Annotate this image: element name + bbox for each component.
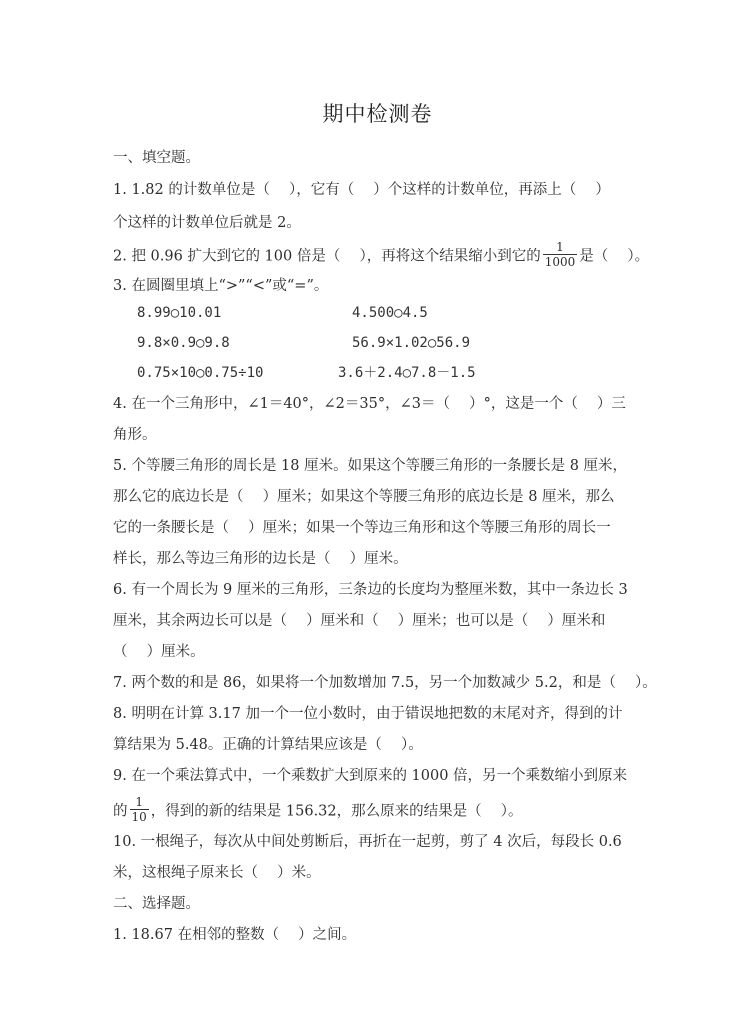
choice-question-1: 1. 18.67 在相邻的整数（ ）之间。 bbox=[113, 925, 356, 945]
question-2: 2. 把 0.96 扩大到它的 100 倍是（ ），再将这个结果缩小到它的110… bbox=[113, 242, 649, 271]
question-5-line-4: 样长，那么等边三角形的边长是（ ）厘米。 bbox=[113, 549, 408, 569]
question-2-before: 2. 把 0.96 扩大到它的 100 倍是（ ），再将这个结果缩小到它的 bbox=[113, 249, 541, 265]
question-1-line-1: 1. 1.82 的计数单位是（ ），它有（ ）个这样的计数单位，再添上（ ） bbox=[113, 180, 610, 200]
section-heading-fill-in: 一、填空题。 bbox=[113, 148, 200, 168]
exam-page: 期中检测卷 一、填空题。 1. 1.82 的计数单位是（ ），它有（ ）个这样的… bbox=[0, 0, 755, 1024]
question-4-line-1: 4. 在一个三角形中，∠1＝40°，∠2＝35°，∠3＝（ ）°，这是一个（ ）… bbox=[113, 394, 626, 414]
question-6-line-2: 厘米，其余两边长可以是（ ）厘米和（ ）厘米；也可以是（ ）厘米和 bbox=[113, 611, 605, 631]
question-1-line-2: 个这样的计数单位后就是 2。 bbox=[113, 213, 301, 233]
compare-item-5: 0.75×10○0.75÷10 bbox=[137, 363, 263, 383]
question-8-line-1: 8. 明明在计算 3.17 加一个一位小数时，由于错误地把数的末尾对齐，得到的计 bbox=[113, 704, 622, 724]
fraction-1-10: 110 bbox=[130, 795, 149, 824]
question-10-line-2: 米，这根绳子原来长（ ）米。 bbox=[113, 863, 321, 883]
question-6-line-3: （ ）厘米。 bbox=[113, 642, 205, 662]
question-4-line-2: 角形。 bbox=[113, 425, 157, 445]
compare-item-2: 4.500○4.5 bbox=[352, 303, 428, 323]
compare-item-1: 8.99○10.01 bbox=[137, 303, 221, 323]
question-8-line-2: 算结果为 5.48。正确的计算结果应该是（ ）。 bbox=[113, 735, 423, 755]
compare-item-4: 56.9×1.02○56.9 bbox=[352, 333, 470, 353]
question-2-after: 是（ ）。 bbox=[579, 249, 649, 265]
question-7: 7. 两个数的和是 86，如果将一个加数增加 7.5，另一个加数减少 5.2，和… bbox=[113, 673, 657, 693]
question-5-line-1: 5. 个等腰三角形的周长是 18 厘米。如果这个等腰三角形的一条腰长是 8 厘米… bbox=[113, 456, 627, 476]
page-title: 期中检测卷 bbox=[0, 98, 755, 128]
fraction-1-1000: 11000 bbox=[543, 240, 578, 269]
question-9-line-2: 的110，得到的新的结果是 156.32，那么原来的结果是（ ）。 bbox=[113, 797, 522, 826]
question-5-line-3: 它的一条腰长是（ ）厘米；如果一个等边三角形和这个等腰三角形的周长一 bbox=[113, 518, 611, 538]
question-6-line-1: 6. 有一个周长为 9 厘米的三角形，三条边的长度均为整厘米数，其中一条边长 3 bbox=[113, 580, 628, 600]
section-heading-multiple-choice: 二、选择题。 bbox=[113, 894, 200, 914]
question-9-line-1: 9. 在一个乘法算式中，一个乘数扩大到原来的 1000 倍，另一个乘数缩小到原来 bbox=[113, 766, 627, 786]
compare-item-3: 9.8×0.9○9.8 bbox=[137, 333, 230, 353]
compare-item-6: 3.6＋2.4○7.8－1.5 bbox=[338, 363, 476, 383]
question-5-line-2: 那么它的底边长是（ ）厘米；如果这个等腰三角形的底边长是 8 厘米，那么 bbox=[113, 487, 615, 507]
question-3-line-1: 3. 在圆圈里填上“>”“<”或“=”。 bbox=[113, 276, 328, 296]
question-10-line-1: 10. 一根绳子，每次从中间处剪断后，再折在一起剪，剪了 4 次后，每段长 0.… bbox=[113, 832, 622, 852]
